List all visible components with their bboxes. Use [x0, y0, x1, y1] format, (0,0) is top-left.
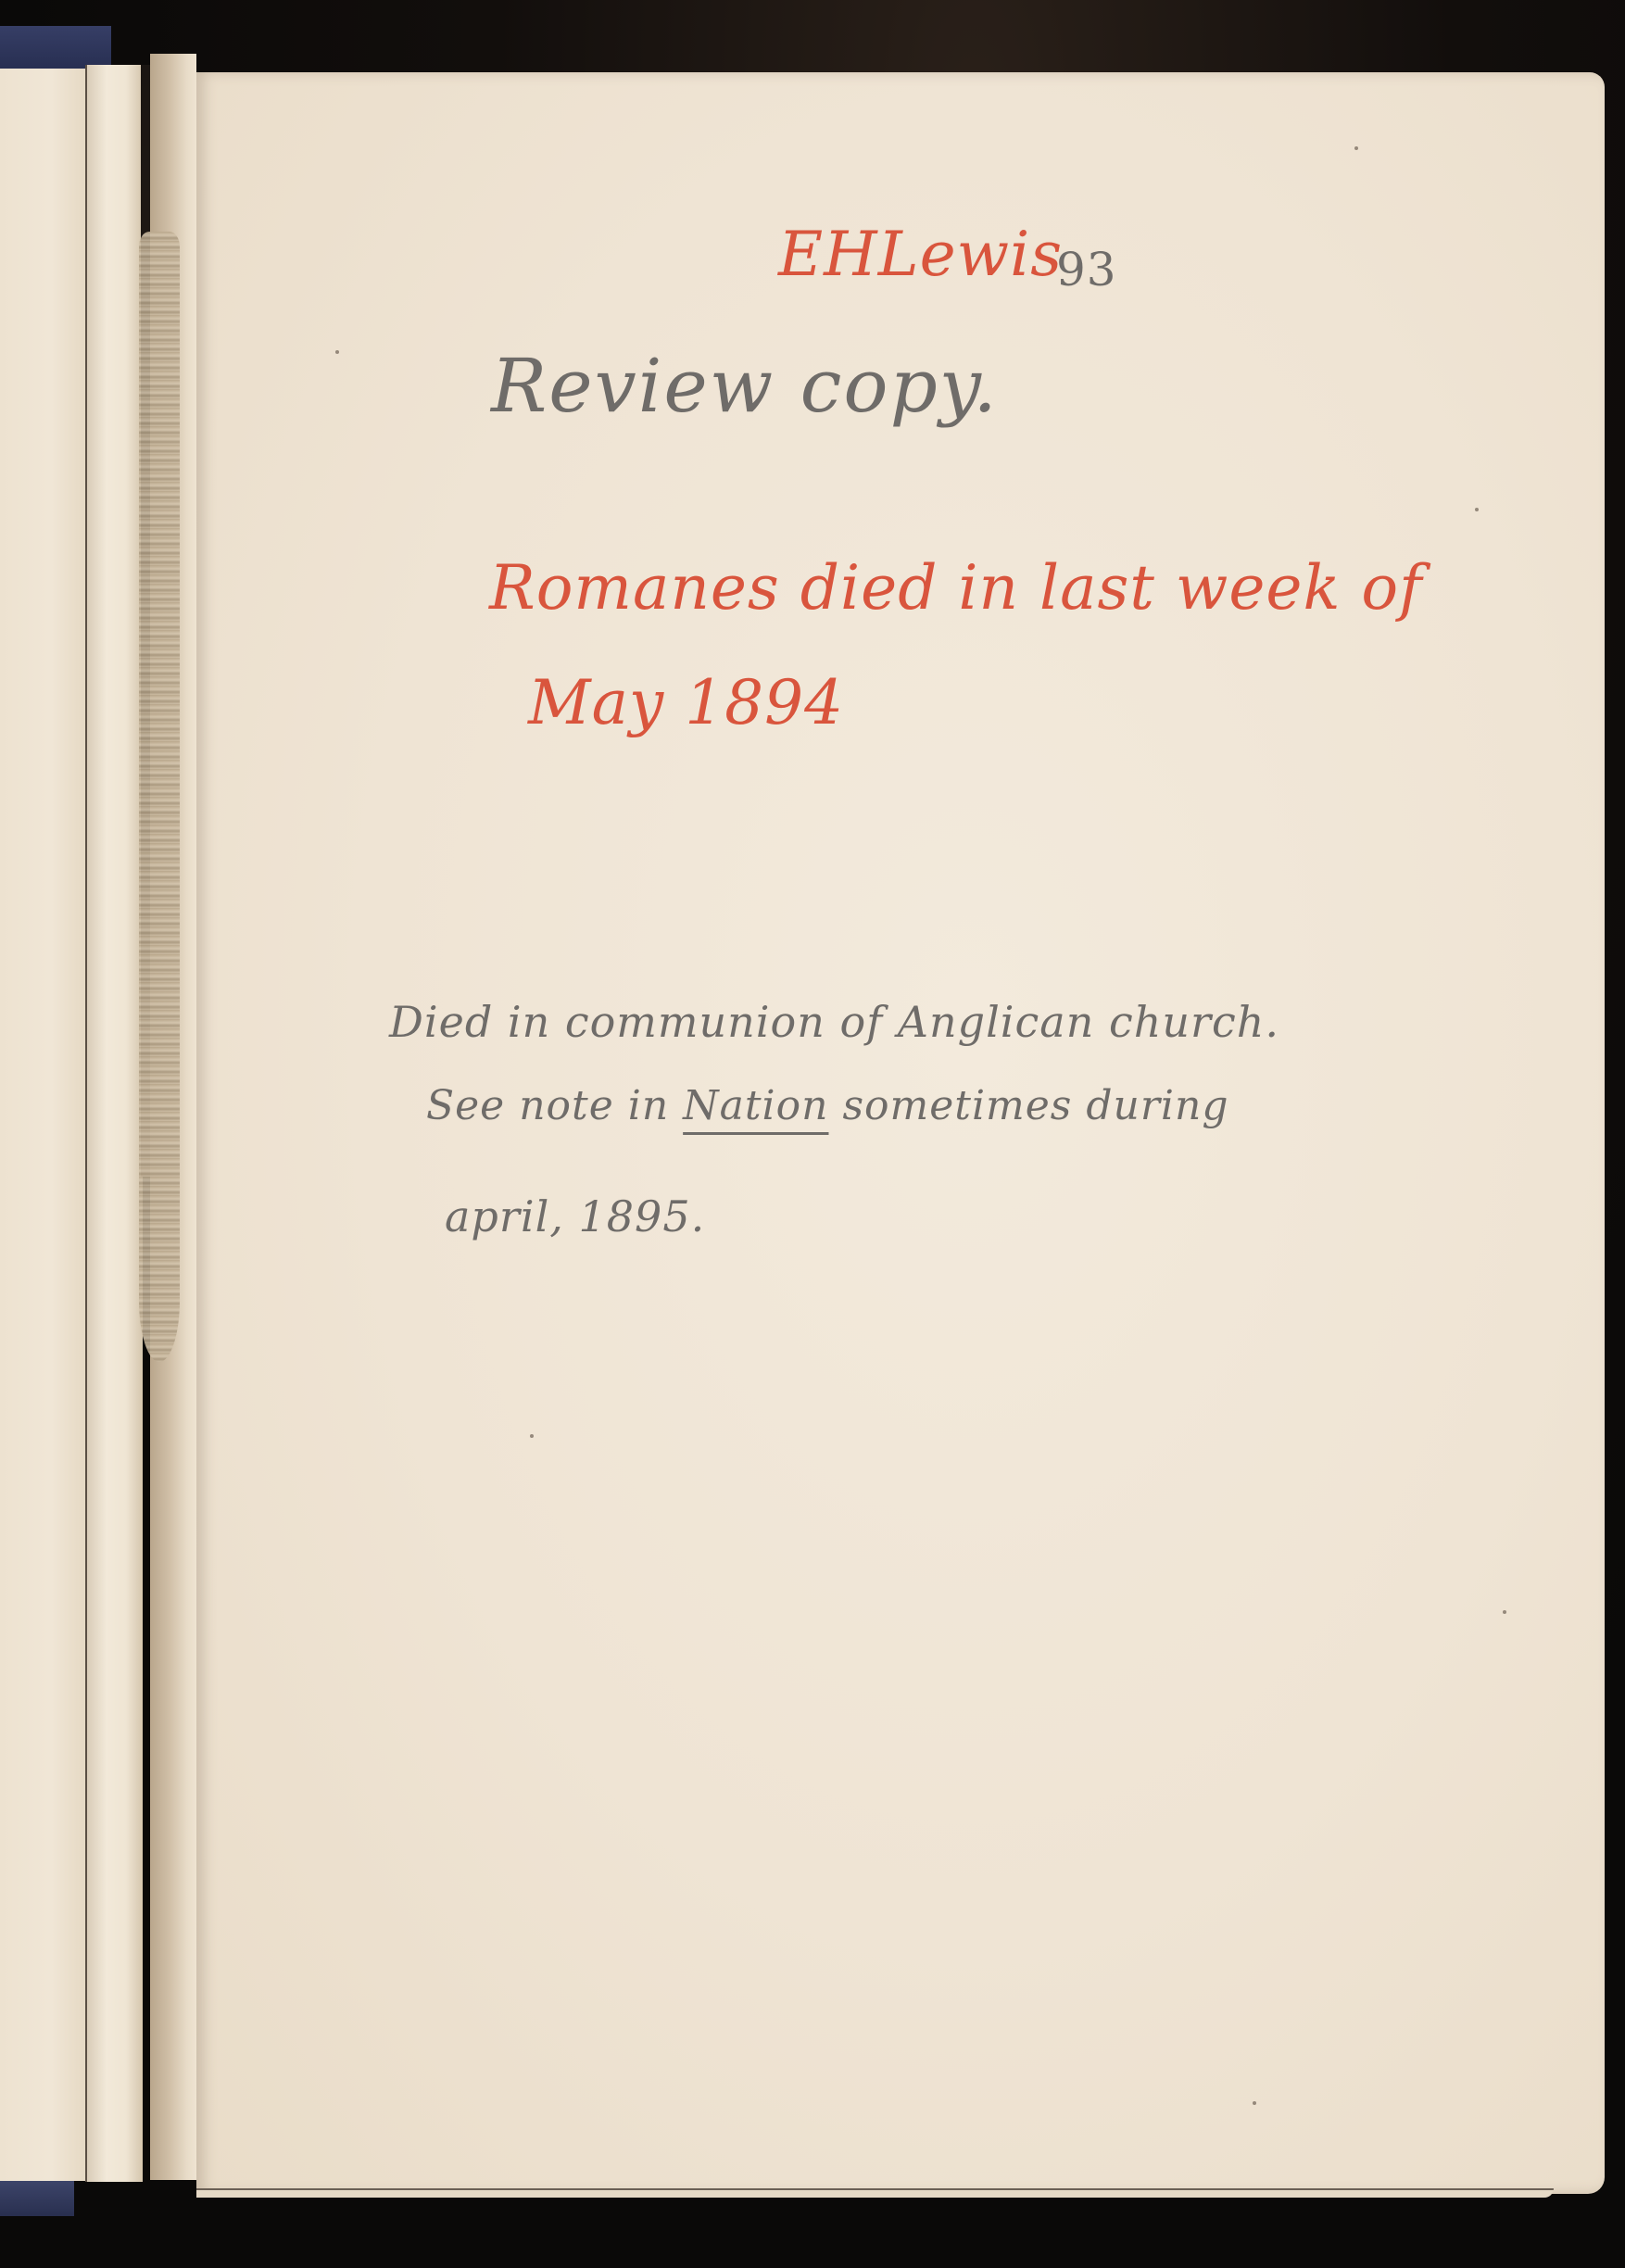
paper-speck	[1354, 146, 1358, 150]
hinge-strip-outer	[85, 65, 143, 2182]
pencil-note-line-2: See note in Nation sometimes during	[426, 1082, 1228, 1129]
paper-speck	[530, 1434, 534, 1438]
left-pastedown	[0, 69, 85, 2181]
cover-cloth-bottom	[0, 2179, 74, 2216]
death-note-line-1: Romanes died in last week of	[489, 552, 1423, 624]
owner-signature: EHLewis	[778, 219, 1063, 290]
cover-cloth-top	[0, 26, 111, 69]
shelf-number: 93	[1056, 243, 1117, 296]
paper-speck	[1253, 2101, 1256, 2105]
frayed-binding	[139, 232, 180, 1362]
pencil-note-line-3: april, 1895.	[445, 1191, 705, 1241]
paper-speck	[1475, 508, 1479, 511]
paper-speck	[335, 350, 339, 354]
nation-underlined: Nation	[683, 1082, 828, 1129]
pencil-note-text: sometimes during	[828, 1082, 1228, 1129]
page-bottom-edge	[196, 2188, 1554, 2198]
pencil-note-text: See note in	[426, 1082, 683, 1129]
review-copy-note: Review copy.	[491, 343, 999, 429]
death-note-line-2: May 1894	[528, 667, 844, 738]
pencil-note-line-1: Died in communion of Anglican church.	[389, 997, 1279, 1047]
paper-speck	[1503, 1610, 1506, 1614]
